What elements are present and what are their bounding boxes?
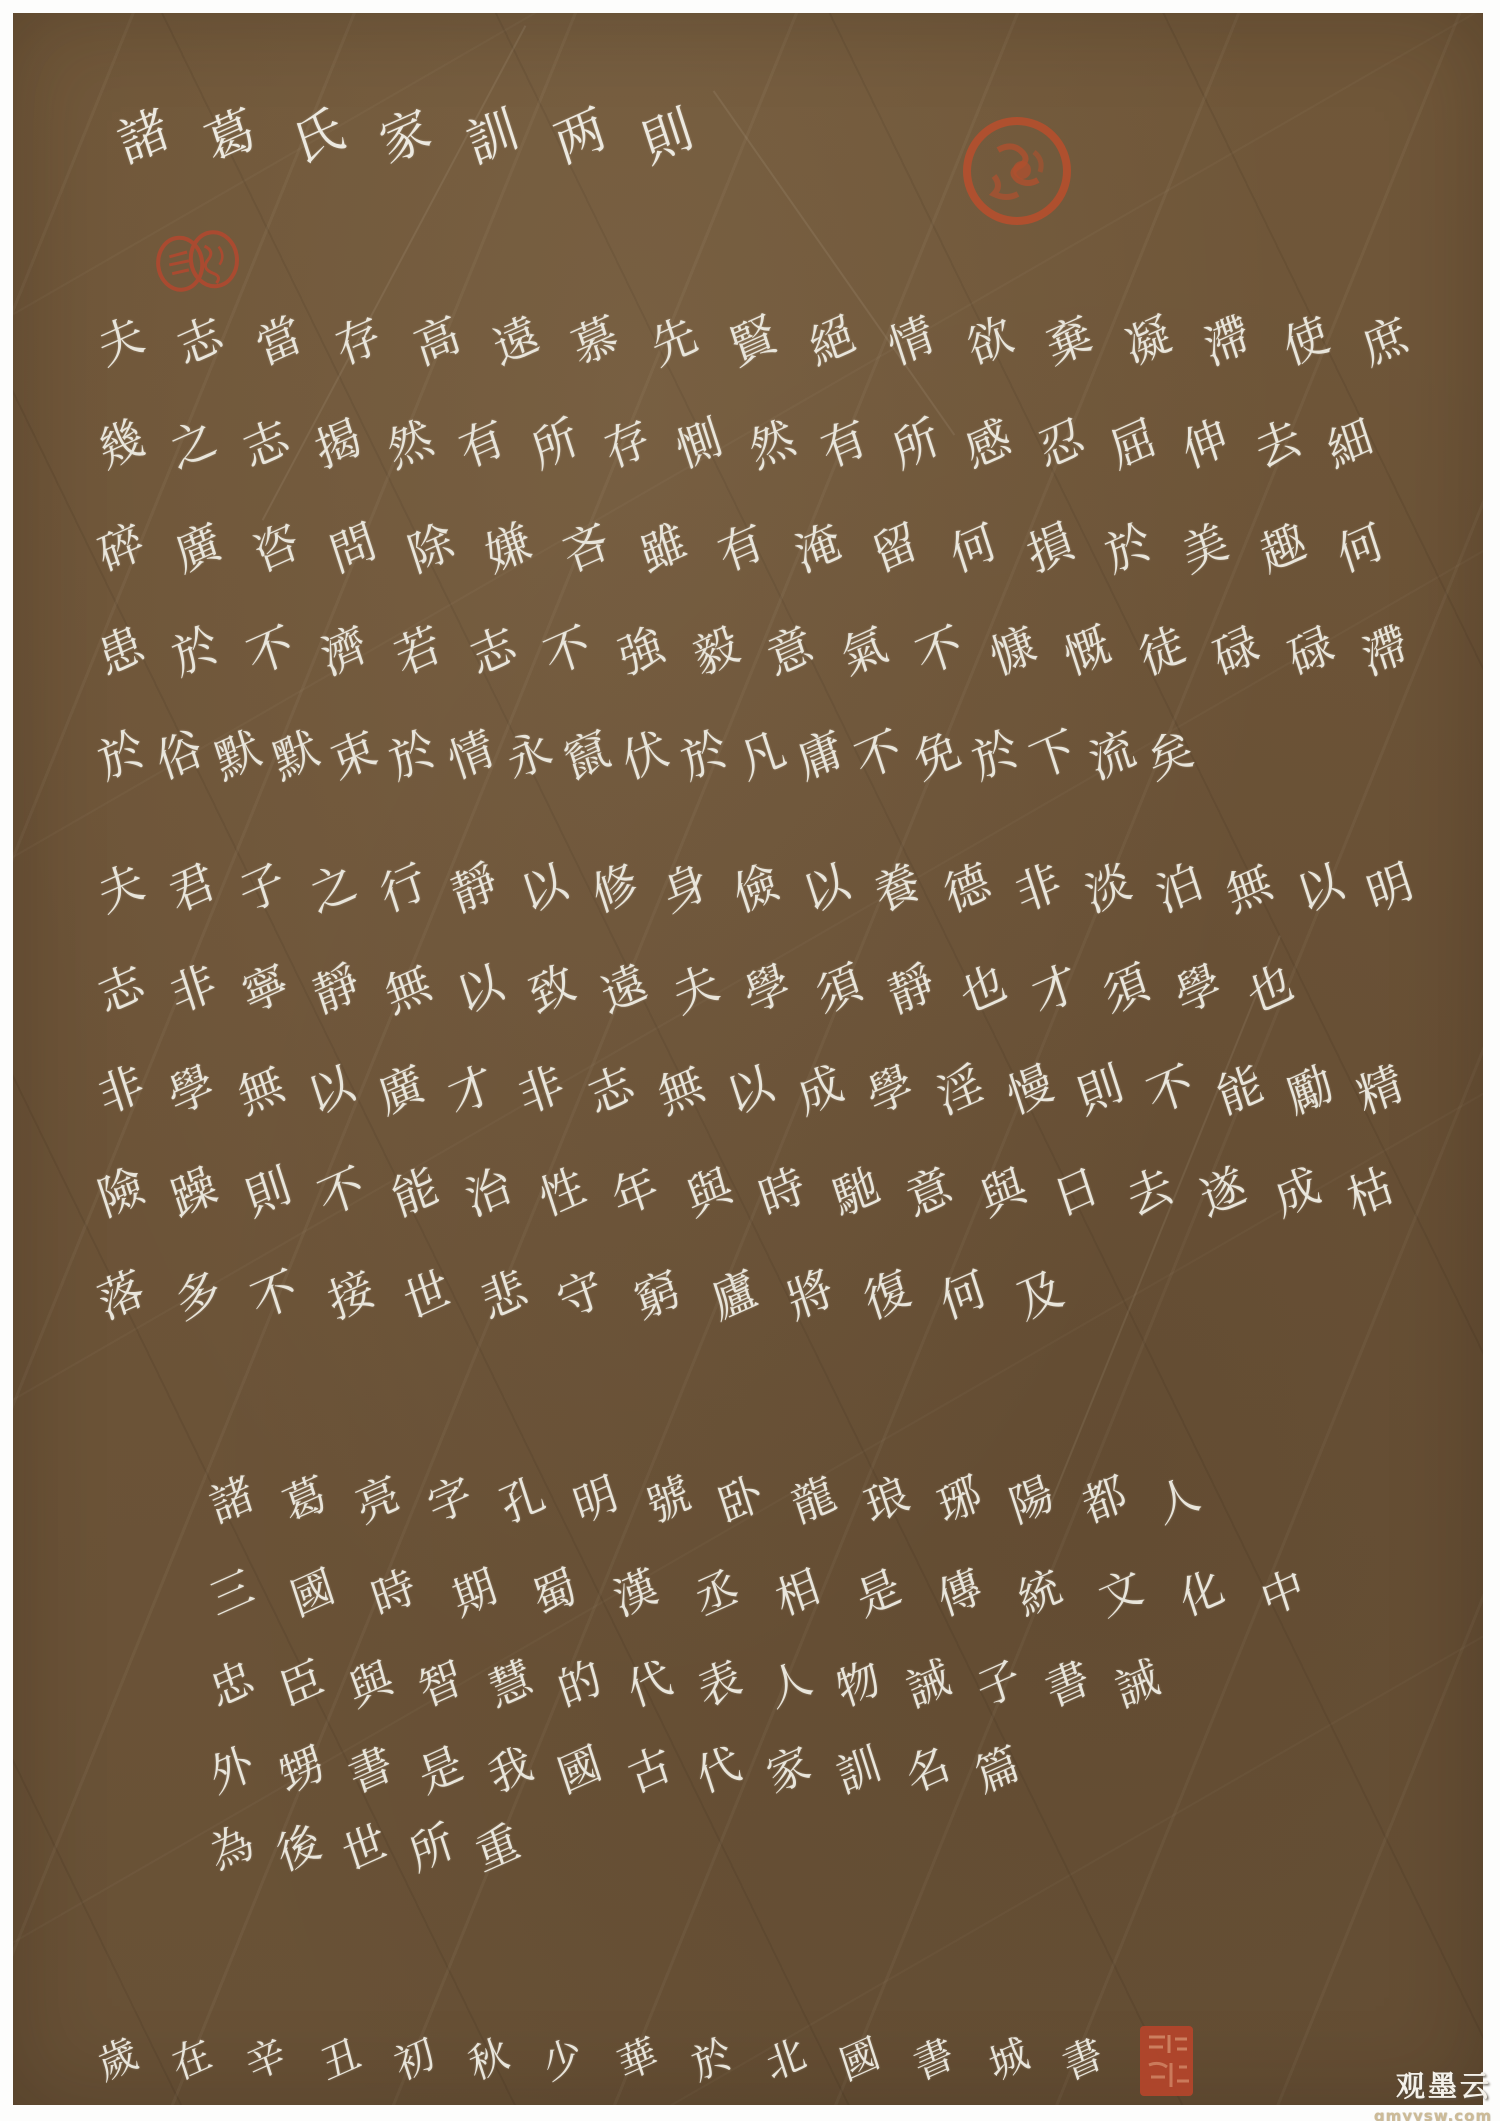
calligraphy-glyph: 忠 (205, 1655, 259, 1715)
calligraphy-glyph: 臣 (275, 1655, 329, 1715)
calligraphy-glyph: 落 (93, 1264, 149, 1327)
annotation-line: 諸葛亮字孔明號卧龍琅琊陽都人 (210, 1465, 1200, 1537)
calligraphy-glyph: 免 (909, 724, 965, 787)
calligraphy-glyph: 靜 (883, 958, 939, 1021)
calligraphy-glyph: 碌 (1282, 620, 1338, 683)
calligraphy-glyph: 國 (836, 2033, 885, 2088)
calligraphy-glyph: 屈 (1105, 413, 1161, 476)
calligraphy-glyph: 則 (1072, 1059, 1128, 1122)
calligraphy-glyph: 夫 (93, 310, 149, 373)
calligraphy-glyph: 明 (1362, 857, 1418, 920)
calligraphy-glyph: 歲 (94, 2033, 143, 2088)
calligraphy-glyph: 為 (205, 1819, 259, 1879)
calligraphy-glyph: 有 (712, 517, 768, 580)
calligraphy-glyph: 之 (304, 857, 360, 920)
calligraphy-glyph: 幾 (93, 413, 149, 476)
calligraphy-glyph: 學 (1170, 958, 1226, 1021)
calligraphy-glyph: 凡 (734, 724, 790, 787)
calligraphy-glyph: 成 (1268, 1161, 1324, 1224)
calligraphy-glyph: 是 (852, 1564, 906, 1624)
calligraphy-glyph: 於 (93, 724, 149, 787)
calligraphy-glyph: 不 (1142, 1059, 1198, 1122)
calligraphy-glyph: 枯 (1342, 1161, 1398, 1224)
calligraphy-glyph: 誡 (1111, 1655, 1165, 1715)
calligraphy-glyph: 以 (452, 958, 508, 1021)
calligraphy-glyph: 城 (984, 2033, 1033, 2088)
calligraphy-glyph: 物 (832, 1655, 886, 1715)
calligraphy-glyph: 強 (613, 620, 669, 683)
calligraphy-glyph: 悲 (476, 1264, 532, 1327)
calligraphy-glyph: 留 (867, 517, 923, 580)
calligraphy-glyph: 與 (344, 1655, 398, 1715)
calligraphy-glyph: 咨 (248, 517, 304, 580)
calligraphy-glyph: 日 (1048, 1161, 1104, 1224)
calligraphy-glyph: 國 (286, 1564, 340, 1624)
calligraphy-glyph: 號 (642, 1471, 696, 1531)
calligraphy-glyph: 志 (582, 1059, 638, 1122)
calligraphy-glyph: 亮 (351, 1471, 405, 1531)
calligraphy-glyph: 廣 (373, 1059, 429, 1122)
calligraphy-glyph: 於 (967, 724, 1023, 787)
calligraphy-glyph: 辛 (242, 2033, 291, 2088)
calligraphy-glyph: 情 (883, 310, 939, 373)
calligraphy-glyph: 養 (868, 857, 924, 920)
calligraphy-glyph: 有 (454, 413, 510, 476)
calligraphy-glyph: 重 (471, 1819, 525, 1879)
calligraphy-glyph: 矣 (1142, 724, 1198, 787)
calligraphy-glyph: 龍 (787, 1471, 841, 1531)
calligraphy-glyph: 書 (344, 1741, 398, 1801)
calligraphy-glyph: 窮 (629, 1264, 685, 1327)
calligraphy-glyph: 當 (251, 310, 307, 373)
paper-crease (713, 90, 956, 435)
calligraphy-glyph: 國 (553, 1741, 607, 1801)
calligraphy-glyph: 中 (1256, 1564, 1310, 1624)
calligraphy-glyph: 儉 (727, 857, 783, 920)
calligraphy-glyph: 古 (623, 1741, 677, 1801)
calligraphy-glyph: 才 (443, 1059, 499, 1122)
calligraphy-glyph: 吝 (557, 517, 613, 580)
calligraphy-glyph: 慢 (1002, 1059, 1058, 1122)
calligraphy-glyph: 訓 (462, 102, 524, 172)
calligraphy-glyph: 泊 (1150, 857, 1206, 920)
calligraphy-glyph: 馳 (828, 1161, 884, 1224)
calligraphy-glyph: 守 (552, 1264, 608, 1327)
calligraphy-glyph: 漢 (609, 1564, 663, 1624)
calligraphy-glyph: 琅 (860, 1471, 914, 1531)
calligraphy-glyph: 與 (681, 1161, 737, 1224)
calligraphy-glyph: 須 (1098, 958, 1154, 1021)
calligraphy-glyph: 書 (1041, 1655, 1095, 1715)
calligraphy-glyph: 世 (338, 1819, 392, 1879)
watermark-brand: 观墨云 (1312, 2064, 1492, 2105)
calligraphy-glyph: 與 (974, 1161, 1030, 1224)
calligraphy-glyph: 以 (516, 857, 572, 920)
calligraphy-glyph: 細 (1322, 413, 1378, 476)
calligraphy-glyph: 存 (599, 413, 655, 476)
calligraphy-glyph: 蜀 (528, 1564, 582, 1624)
calligraphy-glyph: 的 (554, 1655, 608, 1715)
calligraphy-glyph: 代 (692, 1741, 746, 1801)
text-line: 於俗默默束於情永竄伏於凡庸不免於下流矣 (98, 719, 1193, 791)
calligraphy-glyph: 無 (1221, 857, 1277, 920)
calligraphy-glyph: 精 (1352, 1059, 1408, 1122)
calligraphy-glyph: 流 (1083, 724, 1139, 787)
calligraphy-glyph: 文 (1094, 1564, 1148, 1624)
calligraphy-glyph: 嫌 (480, 517, 536, 580)
calligraphy-glyph: 傳 (933, 1564, 987, 1624)
calligraphy-glyph: 治 (460, 1161, 516, 1224)
calligraphy-glyph: 所 (888, 413, 944, 476)
calligraphy-glyph: 所 (405, 1819, 459, 1879)
text-line: 志非寧靜無以致遠夫學須靜也才須學也 (98, 953, 1293, 1025)
calligraphy-glyph: 揭 (310, 413, 366, 476)
calligraphy-glyph: 絕 (804, 310, 860, 373)
calligraphy-glyph: 志 (93, 958, 149, 1021)
calligraphy-glyph: 年 (607, 1161, 663, 1224)
gourd-seal-icon (151, 225, 243, 298)
calligraphy-glyph: 明 (569, 1471, 623, 1531)
calligraphy-glyph: 修 (586, 857, 642, 920)
calligraphy-glyph: 君 (163, 857, 219, 920)
calligraphy-glyph: 志 (237, 413, 293, 476)
calligraphy-glyph: 諸 (112, 102, 174, 172)
calligraphy-glyph: 躁 (166, 1161, 222, 1224)
calligraphy-glyph: 卧 (714, 1471, 768, 1531)
calligraphy-glyph: 靜 (445, 857, 501, 920)
calligraphy-glyph: 子 (234, 857, 290, 920)
calligraphy-glyph: 氏 (287, 102, 349, 172)
calligraphy-glyph: 然 (382, 413, 438, 476)
calligraphy-glyph: 非 (1009, 857, 1065, 920)
calligraphy-glyph: 丞 (690, 1564, 744, 1624)
text-line: 非學無以廣才非志無以成學淫慢則不能勵精 (98, 1054, 1403, 1126)
calligraphy-glyph: 寧 (236, 958, 292, 1021)
calligraphy-glyph: 趣 (1254, 517, 1310, 580)
calligraphy-glyph: 世 (399, 1264, 455, 1327)
calligraphy-glyph: 棄 (1041, 310, 1097, 373)
calligraphy-glyph: 伸 (1177, 413, 1233, 476)
calligraphy-glyph: 淫 (932, 1059, 988, 1122)
calligraphy-glyph: 以 (722, 1059, 778, 1122)
calligraphy-glyph: 代 (623, 1655, 677, 1715)
text-line: 碎廣咨問除嫌吝雖有淹留何損於美趣何 (98, 512, 1383, 584)
calligraphy-glyph: 外 (205, 1741, 259, 1801)
calligraphy-glyph: 無 (652, 1059, 708, 1122)
calligraphy-glyph: 感 (960, 413, 1016, 476)
calligraphy-glyph: 都 (1078, 1471, 1132, 1531)
calligraphy-glyph: 氣 (836, 620, 892, 683)
calligraphy-glyph: 淡 (1080, 857, 1136, 920)
calligraphy-glyph: 行 (375, 857, 431, 920)
calligraphy-glyph: 意 (901, 1161, 957, 1224)
calligraphy-glyph: 險 (93, 1161, 149, 1224)
calligraphy-glyph: 將 (782, 1264, 838, 1327)
calligraphy-glyph: 於 (687, 2033, 736, 2088)
calligraphy-glyph: 時 (754, 1161, 810, 1224)
site-watermark: 观墨云 gmyysw.com (1312, 2064, 1492, 2121)
calligraphy-glyph: 使 (1278, 310, 1334, 373)
calligraphy-glyph: 初 (390, 2033, 439, 2088)
calligraphy-glyph: 以 (303, 1059, 359, 1122)
calligraphy-glyph: 相 (771, 1564, 825, 1624)
signature-line: 歲在辛丑初秋少華於北國書城書 (98, 2025, 1103, 2095)
calligraphy-glyph: 甥 (275, 1741, 329, 1801)
calligraphy-glyph: 也 (955, 958, 1011, 1021)
calligraphy-glyph: 多 (169, 1264, 225, 1327)
calligraphy-glyph: 人 (763, 1655, 817, 1715)
calligraphy-glyph: 華 (613, 2033, 662, 2088)
calligraphy-glyph: 慕 (567, 310, 623, 373)
calligraphy-glyph: 慷 (985, 620, 1041, 683)
calligraphy-glyph: 碌 (1208, 620, 1264, 683)
calligraphy-glyph: 伏 (617, 724, 673, 787)
calligraphy-glyph: 不 (246, 1264, 302, 1327)
calligraphy-glyph: 賢 (725, 310, 781, 373)
calligraphy-glyph: 非 (512, 1059, 568, 1122)
calligraphy-glyph: 忍 (1032, 413, 1088, 476)
calligraphy-glyph: 不 (539, 620, 595, 683)
text-line: 夫君子之行靜以修身儉以養德非淡泊無以明 (98, 852, 1413, 924)
calligraphy-glyph: 德 (939, 857, 995, 920)
calligraphy-glyph: 家 (762, 1741, 816, 1801)
calligraphy-glyph: 淹 (790, 517, 846, 580)
calligraphy-glyph: 以 (798, 857, 854, 920)
calligraphy-glyph: 家 (374, 102, 436, 172)
calligraphy-glyph: 遠 (488, 310, 544, 373)
annotation-line: 三國時期蜀漢丞相是傳統文化中 (210, 1558, 1305, 1630)
calligraphy-glyph: 何 (935, 1264, 991, 1327)
scan-white-border: 諸葛氏家訓两則 夫志當存高遠慕 (0, 0, 1500, 2121)
calligraphy-glyph: 篇 (971, 1741, 1025, 1801)
calligraphy-glyph: 除 (403, 517, 459, 580)
calligraphy-glyph: 不 (850, 724, 906, 787)
text-line: 患於不濟若志不強毅意氣不慷慨徒碌碌滯 (98, 615, 1408, 687)
calligraphy-glyph: 滯 (1199, 310, 1255, 373)
calligraphy-glyph: 非 (93, 1059, 149, 1122)
page-title: 諸葛氏家訓两則 (118, 97, 693, 177)
calligraphy-glyph: 凝 (1120, 310, 1176, 373)
calligraphy-glyph: 惻 (671, 413, 727, 476)
calligraphy-glyph: 濟 (316, 620, 372, 683)
calligraphy-glyph: 於 (167, 620, 223, 683)
calligraphy-glyph: 不 (242, 620, 298, 683)
calligraphy-paper: 諸葛氏家訓两則 夫志當存高遠慕 (13, 13, 1483, 2105)
calligraphy-glyph: 意 (762, 620, 818, 683)
calligraphy-glyph: 非 (165, 958, 221, 1021)
calligraphy-glyph: 於 (384, 724, 440, 787)
calligraphy-glyph: 滯 (1357, 620, 1413, 683)
calligraphy-glyph: 少 (539, 2033, 588, 2088)
calligraphy-glyph: 靜 (308, 958, 364, 1021)
calligraphy-glyph: 所 (527, 413, 583, 476)
calligraphy-glyph: 夫 (667, 958, 723, 1021)
calligraphy-glyph: 書 (1058, 2033, 1107, 2088)
calligraphy-glyph: 名 (901, 1741, 955, 1801)
calligraphy-glyph: 訓 (832, 1741, 886, 1801)
calligraphy-glyph: 無 (380, 958, 436, 1021)
calligraphy-glyph: 廣 (170, 517, 226, 580)
calligraphy-glyph: 學 (862, 1059, 918, 1122)
text-line: 險躁則不能治性年與時馳意與日去遂成枯 (98, 1156, 1393, 1228)
calligraphy-glyph: 性 (534, 1161, 590, 1224)
calligraphy-glyph: 志 (172, 310, 228, 373)
calligraphy-glyph: 高 (409, 310, 465, 373)
calligraphy-glyph: 琊 (933, 1471, 987, 1531)
calligraphy-glyph: 能 (1212, 1059, 1268, 1122)
annotation-line: 忠臣與智慧的代表人物誡子書誡 (210, 1649, 1160, 1721)
calligraphy-glyph: 毅 (688, 620, 744, 683)
calligraphy-glyph: 也 (1242, 958, 1298, 1021)
calligraphy-glyph: 志 (465, 620, 521, 683)
calligraphy-glyph: 身 (657, 857, 713, 920)
calligraphy-glyph: 統 (1014, 1564, 1068, 1624)
calligraphy-glyph: 北 (761, 2033, 810, 2088)
calligraphy-glyph: 化 (1175, 1564, 1229, 1624)
calligraphy-glyph: 期 (448, 1564, 502, 1624)
calligraphy-glyph: 存 (330, 310, 386, 373)
calligraphy-glyph: 两 (549, 102, 611, 172)
calligraphy-glyph: 丑 (316, 2033, 365, 2088)
calligraphy-glyph: 情 (442, 724, 498, 787)
calligraphy-glyph: 不 (911, 620, 967, 683)
text-line: 落多不接世悲守窮廬將復何及 (98, 1259, 1063, 1331)
calligraphy-glyph: 先 (646, 310, 702, 373)
calligraphy-glyph: 束 (326, 724, 382, 787)
calligraphy-glyph: 默 (209, 724, 265, 787)
calligraphy-glyph: 若 (390, 620, 446, 683)
calligraphy-glyph: 秋 (465, 2033, 514, 2088)
calligraphy-glyph: 下 (1025, 724, 1081, 787)
calligraphy-glyph: 三 (205, 1564, 259, 1624)
calligraphy-glyph: 學 (739, 958, 795, 1021)
calligraphy-glyph: 及 (1012, 1264, 1068, 1327)
calligraphy-glyph: 在 (168, 2033, 217, 2088)
calligraphy-glyph: 何 (1332, 517, 1388, 580)
calligraphy-glyph: 勵 (1282, 1059, 1338, 1122)
calligraphy-glyph: 字 (423, 1471, 477, 1531)
calligraphy-glyph: 接 (323, 1264, 379, 1327)
calligraphy-glyph: 竄 (559, 724, 615, 787)
calligraphy-glyph: 有 (816, 413, 872, 476)
calligraphy-glyph: 人 (1151, 1471, 1205, 1531)
calligraphy-glyph: 庶 (1357, 310, 1413, 373)
calligraphy-glyph: 孔 (496, 1471, 550, 1531)
calligraphy-glyph: 廬 (705, 1264, 761, 1327)
calligraphy-glyph: 問 (325, 517, 381, 580)
calligraphy-glyph: 則 (636, 102, 698, 172)
calligraphy-glyph: 於 (1100, 517, 1156, 580)
calligraphy-glyph: 何 (945, 517, 1001, 580)
calligraphy-glyph: 以 (1291, 857, 1347, 920)
calligraphy-glyph: 後 (272, 1819, 326, 1879)
text-line: 夫志當存高遠慕先賢絕情欲棄凝滯使庶 (98, 305, 1408, 377)
calligraphy-glyph: 慨 (1059, 620, 1115, 683)
calligraphy-glyph: 雖 (635, 517, 691, 580)
calligraphy-glyph: 俗 (151, 724, 207, 787)
calligraphy-glyph: 致 (524, 958, 580, 1021)
calligraphy-glyph: 然 (743, 413, 799, 476)
calligraphy-glyph: 時 (367, 1564, 421, 1624)
calligraphy-glyph: 子 (972, 1655, 1026, 1715)
calligraphy-glyph: 默 (268, 724, 324, 787)
calligraphy-glyph: 誡 (902, 1655, 956, 1715)
calligraphy-glyph: 庸 (792, 724, 848, 787)
calligraphy-glyph: 書 (910, 2033, 959, 2088)
watermark-url: gmyysw.com (1312, 2107, 1492, 2121)
calligraphy-glyph: 我 (484, 1741, 538, 1801)
calligraphy-glyph: 須 (811, 958, 867, 1021)
calligraphy-glyph: 損 (1022, 517, 1078, 580)
calligraphy-glyph: 陽 (1005, 1471, 1059, 1531)
circular-seal-icon (960, 114, 1074, 228)
calligraphy-glyph: 能 (387, 1161, 443, 1224)
calligraphy-glyph: 復 (859, 1264, 915, 1327)
calligraphy-glyph: 成 (792, 1059, 848, 1122)
calligraphy-glyph: 無 (233, 1059, 289, 1122)
calligraphy-glyph: 徒 (1134, 620, 1190, 683)
calligraphy-glyph: 是 (414, 1741, 468, 1801)
calligraphy-glyph: 永 (501, 724, 557, 787)
calligraphy-glyph: 慧 (484, 1655, 538, 1715)
calligraphy-glyph: 葛 (200, 102, 262, 172)
calligraphy-glyph: 患 (93, 620, 149, 683)
calligraphy-glyph: 遂 (1195, 1161, 1251, 1224)
calligraphy-glyph: 碎 (93, 517, 149, 580)
annotation-line: 外甥書是我國古代家訓名篇 (210, 1735, 1020, 1807)
calligraphy-glyph: 於 (675, 724, 731, 787)
calligraphy-glyph: 美 (1177, 517, 1233, 580)
calligraphy-glyph: 去 (1249, 413, 1305, 476)
calligraphy-glyph: 諸 (205, 1471, 259, 1531)
calligraphy-glyph: 夫 (93, 857, 149, 920)
calligraphy-glyph: 欲 (962, 310, 1018, 373)
calligraphy-glyph: 才 (1026, 958, 1082, 1021)
calligraphy-glyph: 遠 (596, 958, 652, 1021)
annotation-line: 為後世所重 (210, 1813, 520, 1885)
calligraphy-glyph: 則 (240, 1161, 296, 1224)
calligraphy-glyph: 葛 (278, 1471, 332, 1531)
calligraphy-glyph: 不 (313, 1161, 369, 1224)
calligraphy-glyph: 學 (163, 1059, 219, 1122)
calligraphy-glyph: 表 (693, 1655, 747, 1715)
square-seal-icon (1139, 2025, 1194, 2097)
text-line: 幾之志揭然有所存惻然有所感忍屈伸去細 (98, 408, 1373, 480)
calligraphy-glyph: 去 (1121, 1161, 1177, 1224)
calligraphy-glyph: 之 (165, 413, 221, 476)
calligraphy-glyph: 智 (414, 1655, 468, 1715)
